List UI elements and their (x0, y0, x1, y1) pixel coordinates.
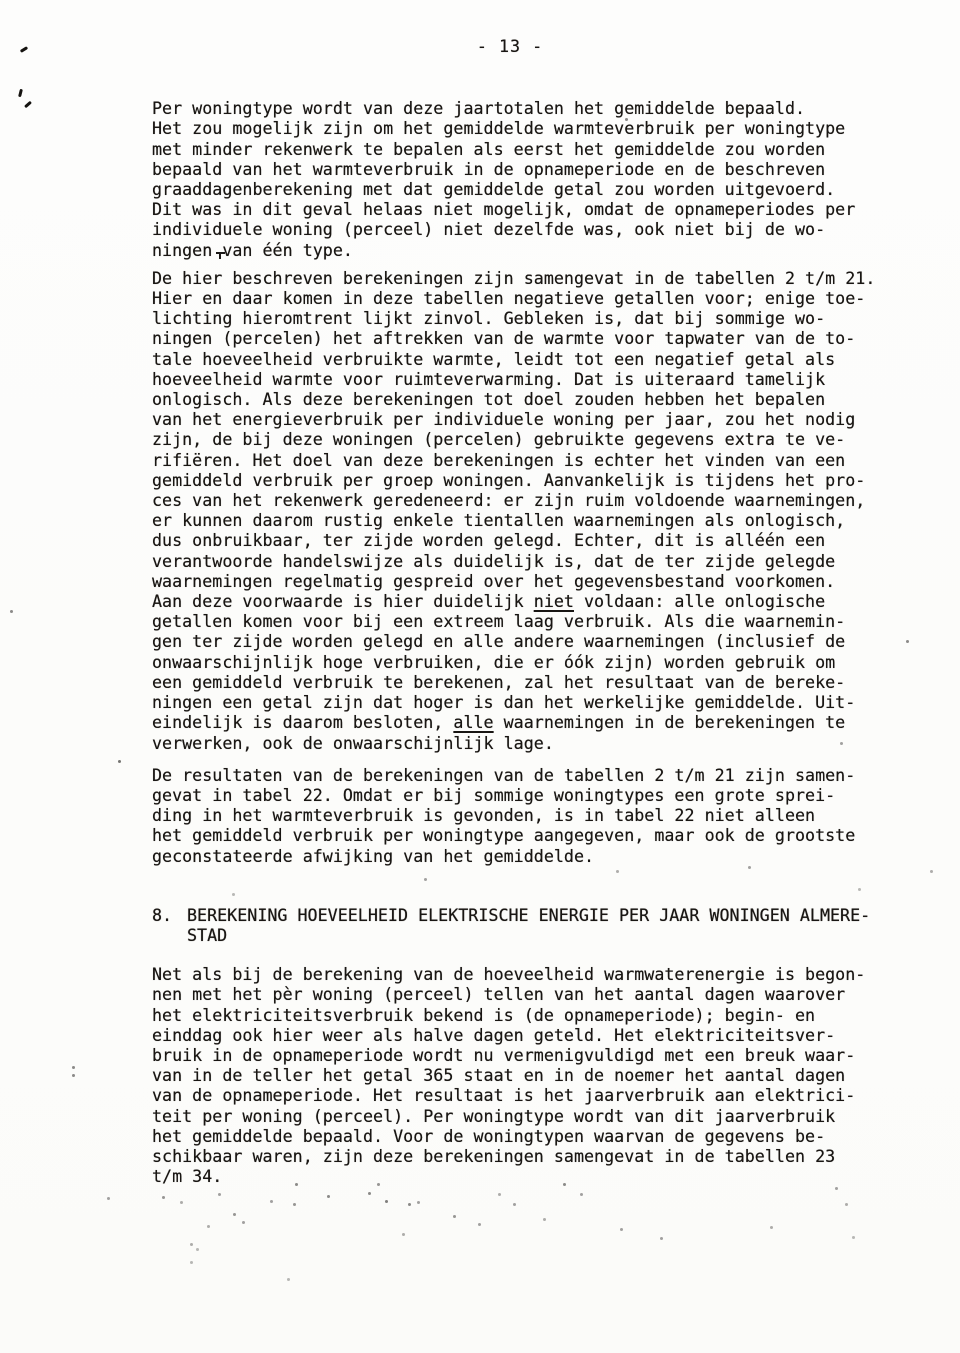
scan-speck (543, 1218, 546, 1221)
scan-speck (748, 866, 751, 869)
scan-speck (107, 1197, 110, 1200)
scan-speck (408, 1203, 411, 1206)
scan-speck (424, 878, 427, 881)
section-title: BEREKENING HOEVEELHEID ELEKTRISCHE ENERG… (187, 905, 870, 945)
pen-mark (24, 101, 32, 109)
scan-speck (930, 870, 933, 873)
scan-speck (563, 1183, 566, 1186)
scan-speck (293, 1203, 296, 1206)
paragraph-elektrische-energie: Net als bij de berekening van de hoeveel… (152, 964, 876, 1186)
scan-speck (10, 610, 13, 613)
scan-speck (270, 1200, 273, 1203)
paragraph-tabellen-toelichting: De hier beschreven berekeningen zijn sam… (152, 268, 876, 753)
scan-speck (295, 1183, 298, 1186)
scan-speck (207, 1225, 210, 1228)
paragraph-2-segment: De hier beschreven berekeningen zijn sam… (152, 268, 875, 611)
scan-speck (498, 1193, 501, 1196)
underlined-word-niet: niet (534, 591, 574, 611)
scan-speck (906, 640, 909, 643)
scan-speck (840, 742, 843, 745)
scan-speck (417, 1201, 420, 1204)
scan-speck (660, 1237, 663, 1240)
scan-speck (852, 1236, 855, 1239)
scan-speck (242, 1221, 245, 1224)
scan-speck (385, 1200, 388, 1203)
pen-mark (216, 252, 225, 261)
scan-speck (845, 1203, 848, 1206)
scan-speck (625, 118, 628, 121)
scan-speck (377, 1183, 380, 1186)
scan-speck (162, 1196, 165, 1199)
scan-speck (218, 1193, 221, 1196)
scan-speck (620, 1228, 623, 1231)
scan-speck (327, 1195, 330, 1198)
scan-speck (858, 888, 861, 891)
paragraph-2-segment: voldaan: alle onlogische getallen komen … (152, 591, 855, 732)
scan-speck (232, 893, 235, 896)
pen-mark (20, 46, 28, 53)
section-number: 8. (152, 905, 187, 945)
scan-speck (770, 1226, 773, 1229)
paragraph-gemiddelde-bepaald: Per woningtype wordt van deze jaartotale… (152, 98, 876, 260)
scan-speck (118, 760, 121, 763)
scan-speck (402, 1233, 405, 1236)
pen-mark (18, 89, 23, 97)
scan-speck (513, 1203, 516, 1206)
page-body: Per woningtype wordt van deze jaartotale… (152, 98, 876, 1186)
scan-speck (368, 1192, 371, 1195)
scan-speck (233, 1213, 236, 1216)
section-heading-8: 8. BEREKENING HOEVEELHEID ELEKTRISCHE EN… (152, 905, 876, 945)
scan-speck (616, 870, 619, 873)
paragraph-resultaten-tabel22: De resultaten van de berekeningen van de… (152, 765, 876, 866)
scan-speck (287, 1278, 290, 1281)
scan-speck (72, 1066, 75, 1069)
scan-speck (580, 1193, 583, 1196)
scan-speck (453, 1215, 456, 1218)
scan-speck (196, 1248, 199, 1251)
scan-speck (72, 1074, 75, 1077)
scan-speck (180, 1201, 183, 1204)
page-number: - 13 - (152, 36, 868, 56)
scan-speck (835, 1187, 838, 1190)
scan-speck (190, 1261, 193, 1264)
underlined-word-alle: alle (453, 712, 493, 732)
document-page: - 13 - Per woningtype wordt van deze jaa… (0, 0, 960, 1353)
scan-speck (478, 1223, 481, 1226)
scan-speck (190, 1243, 193, 1246)
